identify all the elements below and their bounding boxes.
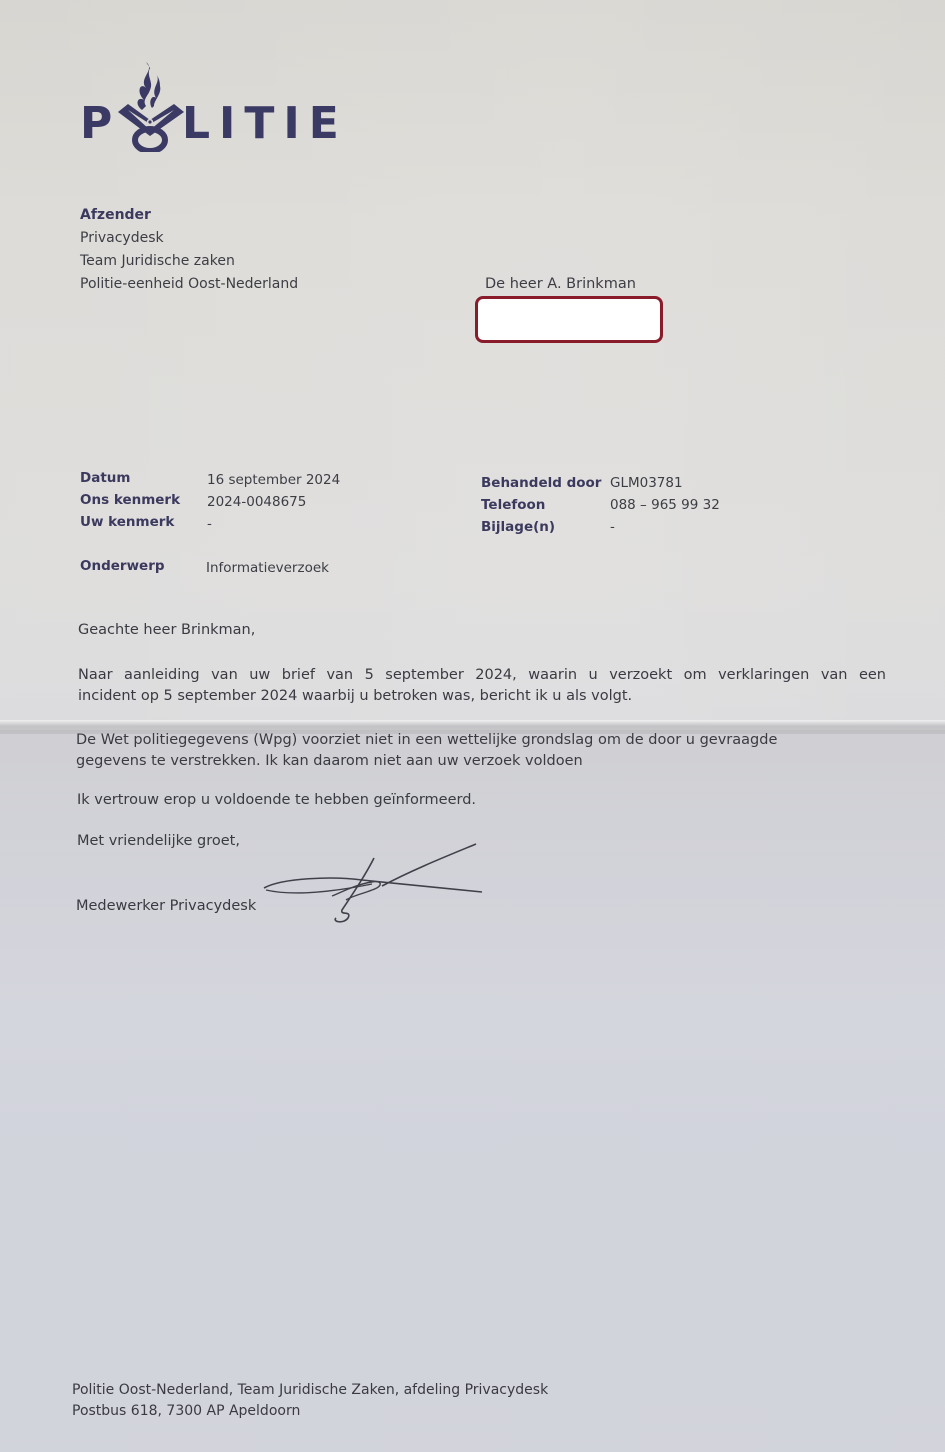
signer-title: Medewerker Privacydesk (76, 896, 256, 917)
sender-label: Afzender (80, 204, 298, 227)
meta-label-telefoon: Telefoon (481, 494, 545, 516)
paragraph-1-line-1: Naar aanleiding van uw brief van 5 septe… (78, 665, 886, 686)
meta-value-behandeld-door: GLM03781 (610, 472, 683, 494)
redacted-address-box (475, 296, 663, 343)
paragraph-1: Naar aanleiding van uw brief van 5 septe… (78, 665, 886, 707)
footer-address: Politie Oost-Nederland, Team Juridische … (72, 1380, 548, 1422)
subject-label: Onderwerp (80, 555, 165, 577)
subject-value: Informatieverzoek (206, 557, 329, 579)
meta-label-datum: Datum (80, 467, 130, 489)
sender-line: Privacydesk (80, 227, 298, 250)
paragraph-1-line-2: incident op 5 september 2024 waarbij u b… (78, 686, 886, 707)
logo-letters-litie: LITIE (182, 98, 348, 149)
paragraph-2-line-1: De Wet politiegegevens (Wpg) voorziet ni… (76, 730, 777, 751)
signature-icon (262, 840, 492, 930)
meta-value-datum: 16 september 2024 (207, 469, 340, 491)
paragraph-2: De Wet politiegegevens (Wpg) voorziet ni… (76, 730, 777, 772)
paragraph-2-line-2: gegevens te verstrekken. Ik kan daarom n… (76, 751, 777, 772)
politie-logo: P LITIE (80, 60, 330, 152)
paragraph-3: Ik vertrouw erop u voldoende te hebben g… (77, 790, 476, 811)
meta-value-telefoon: 088 – 965 99 32 (610, 494, 720, 516)
meta-label-ons-kenmerk: Ons kenmerk (80, 489, 180, 511)
politie-emblem-icon (116, 60, 186, 152)
meta-value-ons-kenmerk: 2024-0048675 (207, 491, 306, 513)
meta-value-bijlagen: - (610, 516, 615, 538)
footer-line-1: Politie Oost-Nederland, Team Juridische … (72, 1380, 548, 1401)
recipient-name: De heer A. Brinkman (485, 276, 636, 292)
meta-label-uw-kenmerk: Uw kenmerk (80, 511, 174, 533)
meta-value-uw-kenmerk: - (207, 513, 212, 535)
sender-block: Afzender Privacydesk Team Juridische zak… (80, 204, 298, 296)
closing: Met vriendelijke groet, (77, 831, 240, 852)
sender-line: Politie-eenheid Oost-Nederland (80, 273, 298, 296)
sender-line: Team Juridische zaken (80, 250, 298, 273)
footer-line-2: Postbus 618, 7300 AP Apeldoorn (72, 1401, 548, 1422)
meta-label-bijlagen: Bijlage(n) (481, 516, 555, 538)
salutation: Geachte heer Brinkman, (78, 620, 255, 641)
meta-label-behandeld-door: Behandeld door (481, 472, 601, 494)
